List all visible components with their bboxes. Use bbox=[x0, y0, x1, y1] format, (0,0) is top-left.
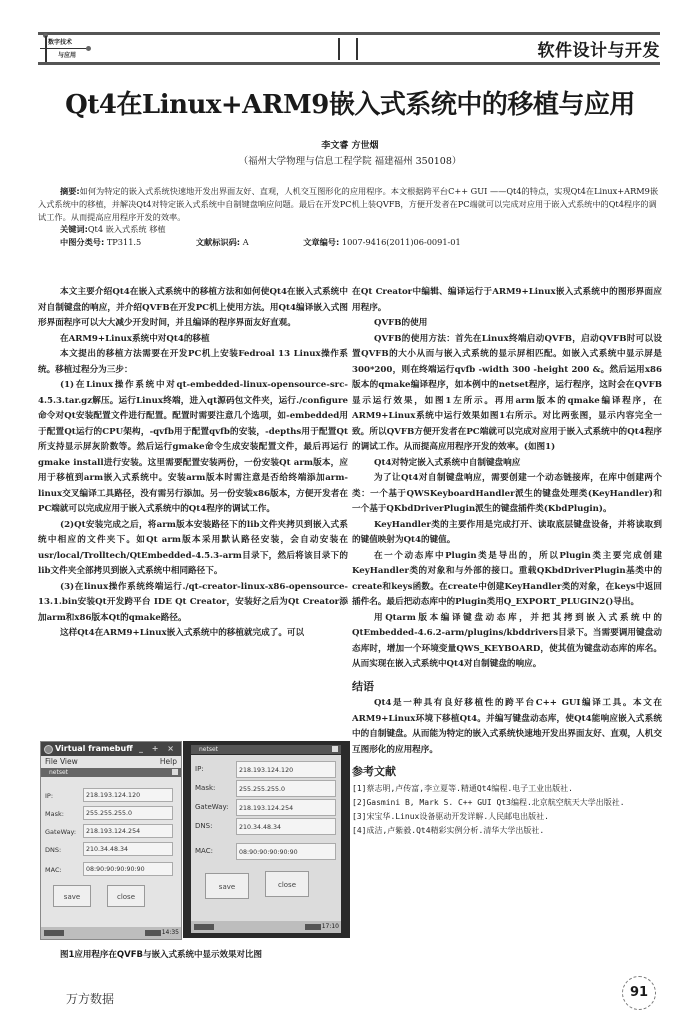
references-heading: 参考文献 bbox=[352, 764, 662, 780]
subheading: Qt4对特定嵌入式系统中自制键盘响应 bbox=[352, 456, 662, 472]
keywords: 关键词:Qt4 嵌入式系统 移植 bbox=[60, 224, 166, 235]
reference-item: [3]宋宝华.Linux设备驱动开发详解.人民邮电出版社. bbox=[352, 810, 662, 824]
paragraph: 在一个动态库中Plugin类是导出的，所以Plugin类主要完成创建KeyHan… bbox=[352, 549, 662, 611]
qvfb-titlebar: Virtual framebuff _ + × bbox=[41, 742, 181, 756]
article-no-value: 1007-9416(2011)06-0091-01 bbox=[342, 237, 461, 247]
journal-name-line2: 与应用 bbox=[58, 50, 76, 59]
dialog-title: netset bbox=[49, 769, 68, 776]
ip-field: 218.193.124.120 bbox=[83, 788, 173, 802]
save-button: save bbox=[205, 873, 249, 899]
logo-bar bbox=[40, 48, 88, 49]
clock: 17:10 bbox=[322, 921, 339, 933]
window-controls-icon: _ + × bbox=[139, 742, 177, 756]
close-icon bbox=[172, 769, 178, 775]
close-button: close bbox=[107, 885, 145, 907]
field-label: Mask: bbox=[45, 810, 64, 818]
menu-file: File bbox=[45, 757, 58, 766]
logo-bar bbox=[45, 36, 47, 62]
field-label: DNS: bbox=[45, 846, 61, 854]
taskbar-icons bbox=[44, 930, 64, 936]
journal-name-line1: 数字技术 bbox=[48, 37, 72, 46]
tray-icons bbox=[145, 930, 161, 936]
gateway-field: 218.193.124.254 bbox=[236, 799, 336, 816]
article-affiliation: （福州大学物理与信息工程学院 福建福州 350108） bbox=[0, 153, 700, 167]
dialog-title: netset bbox=[199, 746, 218, 753]
header-rule-bottom bbox=[38, 62, 660, 65]
page-number: 91 bbox=[622, 976, 656, 1010]
ip-field: 218.193.124.120 bbox=[236, 761, 336, 778]
field-label: MAC: bbox=[45, 866, 62, 874]
reference-item: [2]Gasmini B, Mark S. C++ GUI Qt3编程.北京航空… bbox=[352, 796, 662, 810]
close-icon bbox=[332, 746, 338, 752]
article-title: Qt4在Linux+ARM9嵌入式系统中的移植与应用 bbox=[0, 84, 700, 121]
paragraph: 为了让Qt4对自制键盘响应，需要创建一个动态链接库，在库中创建两个类：一个基于Q… bbox=[352, 471, 662, 518]
paragraph: QVFB的使用方法：首先在Linux终端启动QVFB，启动QVFB时可以设置QV… bbox=[352, 332, 662, 456]
conclusion-text: Qt4是一种具有良好移植性的跨平台C++ GUI编译工具。本文在ARM9+Lin… bbox=[352, 696, 662, 758]
abstract-label: 摘要: bbox=[60, 186, 80, 196]
paragraph: 本文主要介绍Qt4在嵌入式系统中的移植方法和如何使Qt4在嵌入式系统中对自制键盘… bbox=[38, 285, 348, 332]
taskbar: 17:10 bbox=[191, 921, 341, 933]
subheading: QVFB的使用 bbox=[352, 316, 662, 332]
article-no-label: 文章编号: bbox=[303, 237, 339, 247]
paragraph: (2)Qt安装完成之后，将arm版本安装路径下的lib文件夹拷贝到嵌入式系统中相… bbox=[38, 518, 348, 580]
mask-field: 255.255.255.0 bbox=[236, 780, 336, 797]
doc-code-label: 文献标识码: bbox=[196, 237, 240, 247]
field-label: IP: bbox=[45, 792, 53, 800]
journal-logo: 数字技术 与应用 bbox=[40, 36, 100, 62]
qvfb-title: Virtual framebuff bbox=[55, 744, 133, 753]
gateway-field: 218.193.124.254 bbox=[83, 824, 173, 838]
references-list: [1]蔡志明,卢传富,李立夏等.精通Qt4编程.电子工业出版社. [2]Gasm… bbox=[352, 782, 662, 838]
save-button: save bbox=[53, 885, 91, 907]
dns-field: 210.34.48.34 bbox=[83, 842, 173, 856]
doc-code-value: A bbox=[243, 237, 249, 247]
clc-value: TP311.5 bbox=[107, 237, 141, 247]
header-divider-bars bbox=[338, 38, 362, 60]
taskbar-icons bbox=[194, 924, 214, 930]
reference-item: [4]成洁,卢紫毅.Qt4精彩实例分析.清华大学出版社. bbox=[352, 824, 662, 838]
menu-help: Help bbox=[160, 756, 177, 768]
menu-view: View bbox=[60, 757, 78, 766]
paragraph: KeyHandler类的主要作用是完成打开、读取底层键盘设备，并将读取到的键值映… bbox=[352, 518, 662, 549]
clc-label: 中图分类号: bbox=[60, 237, 104, 247]
header-rule-top bbox=[38, 32, 660, 35]
paragraph: (1)在Linux操作系统中对qt-embedded-linux-opensou… bbox=[38, 378, 348, 518]
mac-field: 08:90:90:90:90:90 bbox=[236, 843, 336, 860]
abstract: 摘要:如何为特定的嵌入式系统快速地开发出界面友好、直观，人机交互图形化的应用程序… bbox=[38, 185, 662, 224]
close-button: close bbox=[265, 871, 309, 897]
field-label: Mask: bbox=[195, 784, 215, 792]
field-label: MAC: bbox=[195, 847, 213, 855]
field-label: GateWay: bbox=[195, 803, 229, 811]
app-icon bbox=[44, 745, 53, 754]
clock: 14:35 bbox=[162, 927, 179, 939]
keywords-text: Qt4 嵌入式系统 移植 bbox=[88, 224, 166, 234]
article-authors: 李文睿 方世烟 bbox=[0, 138, 700, 151]
field-label: DNS: bbox=[195, 822, 212, 830]
qvfb-menubar: File View Help bbox=[41, 756, 181, 768]
field-label: IP: bbox=[195, 765, 204, 773]
keywords-label: 关键词: bbox=[60, 224, 88, 234]
reference-item: [1]蔡志明,卢传富,李立夏等.精通Qt4编程.电子工业出版社. bbox=[352, 782, 662, 796]
mac-field: 08:90:90:90:90:90 bbox=[83, 862, 173, 876]
mask-field: 255.255.255.0 bbox=[83, 806, 173, 820]
paragraph: 本文提出的移植方法需要在开发PC机上安装Fedroal 13 Linux操作系统… bbox=[38, 347, 348, 378]
paragraph: 用Qtarm版本编译键盘动态库，并把其拷到嵌入式系统中的QtEmbedded-4… bbox=[352, 611, 662, 673]
classification: 中图分类号: TP311.5 文献标识码: A 文章编号: 1007-9416(… bbox=[60, 237, 513, 248]
abstract-text: 如何为特定的嵌入式系统快速地开发出界面友好、直观，人机交互图形化的应用程序。本文… bbox=[38, 186, 658, 222]
section-name: 软件设计与开发 bbox=[538, 36, 661, 61]
taskbar: 14:35 bbox=[41, 927, 181, 939]
body-column-left: 本文主要介绍Qt4在嵌入式系统中的移植方法和如何使Qt4在嵌入式系统中对自制键盘… bbox=[38, 285, 348, 642]
field-label: GateWay: bbox=[45, 828, 76, 836]
footer-source: 万方数据 bbox=[66, 990, 114, 1007]
body-column-right: 在Qt Creator中编辑、编译运行于ARM9+Linux嵌入式系统中的图形界… bbox=[352, 285, 662, 838]
tray-icons bbox=[305, 924, 321, 930]
device-screen: netset IP:218.193.124.120 Mask:255.255.2… bbox=[191, 755, 341, 933]
conclusion-heading: 结语 bbox=[352, 679, 662, 695]
netset-titlebar: netset bbox=[41, 768, 181, 777]
figure-qvfb-screenshot: Virtual framebuff _ + × File View Help n… bbox=[40, 741, 182, 940]
dns-field: 210.34.48.34 bbox=[236, 818, 336, 835]
figure-device-photo: netset IP:218.193.124.120 Mask:255.255.2… bbox=[183, 741, 350, 938]
paragraph: 在Qt Creator中编辑、编译运行于ARM9+Linux嵌入式系统中的图形界… bbox=[352, 285, 662, 316]
logo-dot bbox=[86, 46, 91, 51]
netset-titlebar: netset bbox=[191, 745, 341, 754]
paragraph: (3)在linux操作系统终端运行./qt-creator-linux-x86-… bbox=[38, 580, 348, 627]
paragraph: 这样Qt4在ARM9+Linux嵌入式系统中的移植就完成了。可以 bbox=[38, 626, 348, 642]
figure-caption: 图1应用程序在QVFB与嵌入式系统中显示效果对比图 bbox=[60, 948, 262, 960]
subheading: 在ARM9+Linux系统中对Qt4的移植 bbox=[38, 332, 348, 348]
